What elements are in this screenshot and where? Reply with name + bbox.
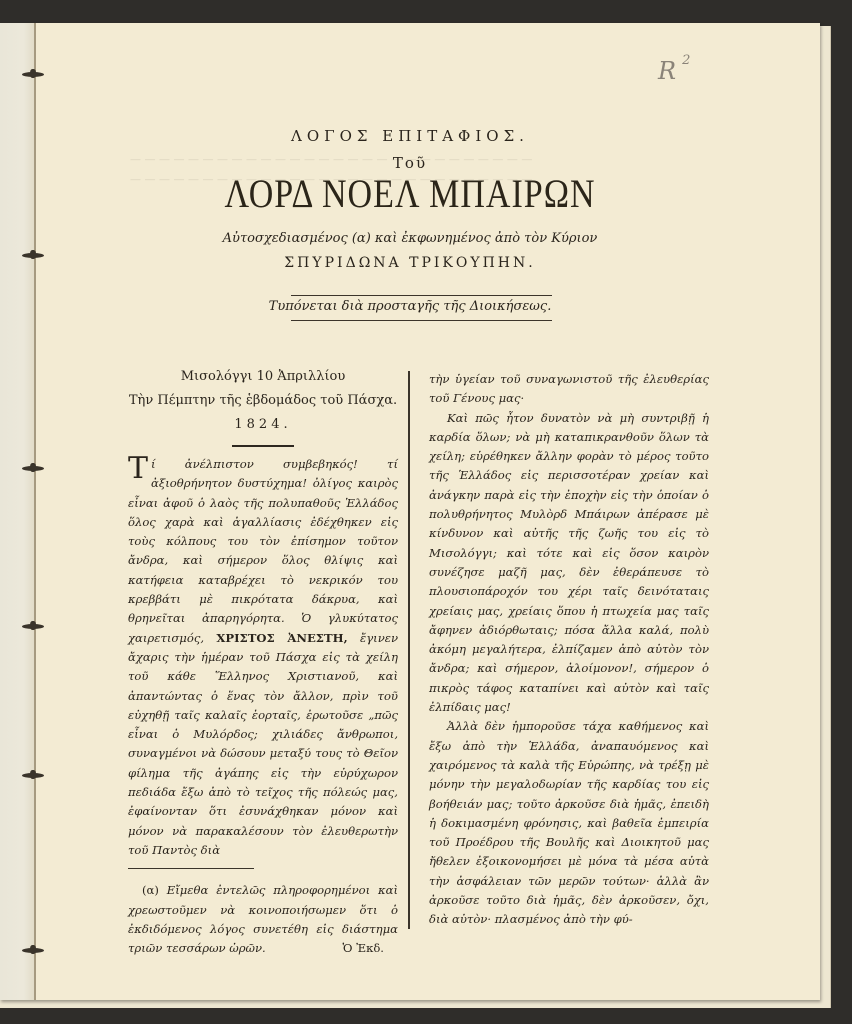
binding-stitch [22,773,44,778]
dateline-place: Μισολόγγι 10 Ἀπριλλίου [128,365,398,389]
pencil-shelfmark: R2 [658,57,690,85]
dateline-day: Τὴν Πέμπτην τῆς ἑβδομάδος τοῦ Πάσχα. [128,389,398,413]
binding-stitch [22,948,44,953]
rule-bottom [291,320,552,321]
dateline-year: 1824. [128,413,398,437]
rule-top [291,295,552,296]
binding-stitch [22,624,44,629]
body-text: ἔγινεν ἄχαρις τὴν ἡμέραν τοῦ Πάσχα εἰς τ… [128,631,398,857]
binding-stitch [22,466,44,471]
subtitle: Αὐτοσχεδιασμένος (α) καὶ ἐκφωνημένος ἀπὸ… [0,231,820,246]
footnote: (α) Εἴμεθα ἐντελῶς πληροφορημένοι καὶ χρ… [128,881,398,958]
drop-cap: Τ [128,457,148,481]
separator-rule [232,445,294,447]
left-column: Μισολόγγι 10 Ἀπριλλίου Τὴν Πέμπτην τῆς ἑ… [128,365,398,958]
author-name: ΣΠΥΡΙΔΩΝΑ ΤΡΙΚΟΥΠΗΝ. [0,255,820,271]
binding-stitch [22,72,44,77]
printing-notice: Τυπόνεται διὰ προσταγῆς τῆς Διοικήσεως. [0,299,820,314]
right-column: τὴν ὑγείαν τοῦ συναγωνιστοῦ τῆς ἐλευθερί… [429,370,709,930]
heading-tou: Τοῦ [0,154,820,172]
document-page: — — — — — — — — — — — — — — — — — — — — … [0,23,820,1000]
body-paragraph: Ἀλλὰ δὲν ἠμποροῦσε τάχα καθήμενος καὶ ἔξ… [429,717,709,929]
heading-logos-epitafios: ΛΟΓΟΣ ΕΠΙΤΑΦΙΟΣ. [0,127,820,145]
body-paragraph: τὴν ὑγείαν τοῦ συναγωνιστοῦ τῆς ἐλευθερί… [429,370,709,409]
column-divider [408,371,410,929]
body-paragraph: Καὶ πῶς ἦτον δυνατὸν νὰ μὴ συντριβῇ ἡ κα… [429,409,709,718]
page-title: ΛΟΡΔ ΝΟΕΛ ΜΠΑΙΡΩΝ [0,173,820,218]
christos-anesti: ΧΡΙΣΤΟΣ ἈΝΕΣΤΗ, [216,631,347,645]
shelfmark-number: 2 [682,53,690,68]
footnote-signature: Ὁ Ἐκδ. [329,939,384,958]
shelfmark-letter: R [658,57,676,85]
body-paragraph: Τί ἀνέλπιστον συμβεβηκός! τί ἀξιοθρήνητο… [128,455,398,860]
footnote-marker: (α) [142,883,159,897]
body-text: ί ἀνέλπιστον συμβεβηκός! τί ἀξιοθρήνητον… [128,457,398,645]
footnote-rule [128,868,254,869]
